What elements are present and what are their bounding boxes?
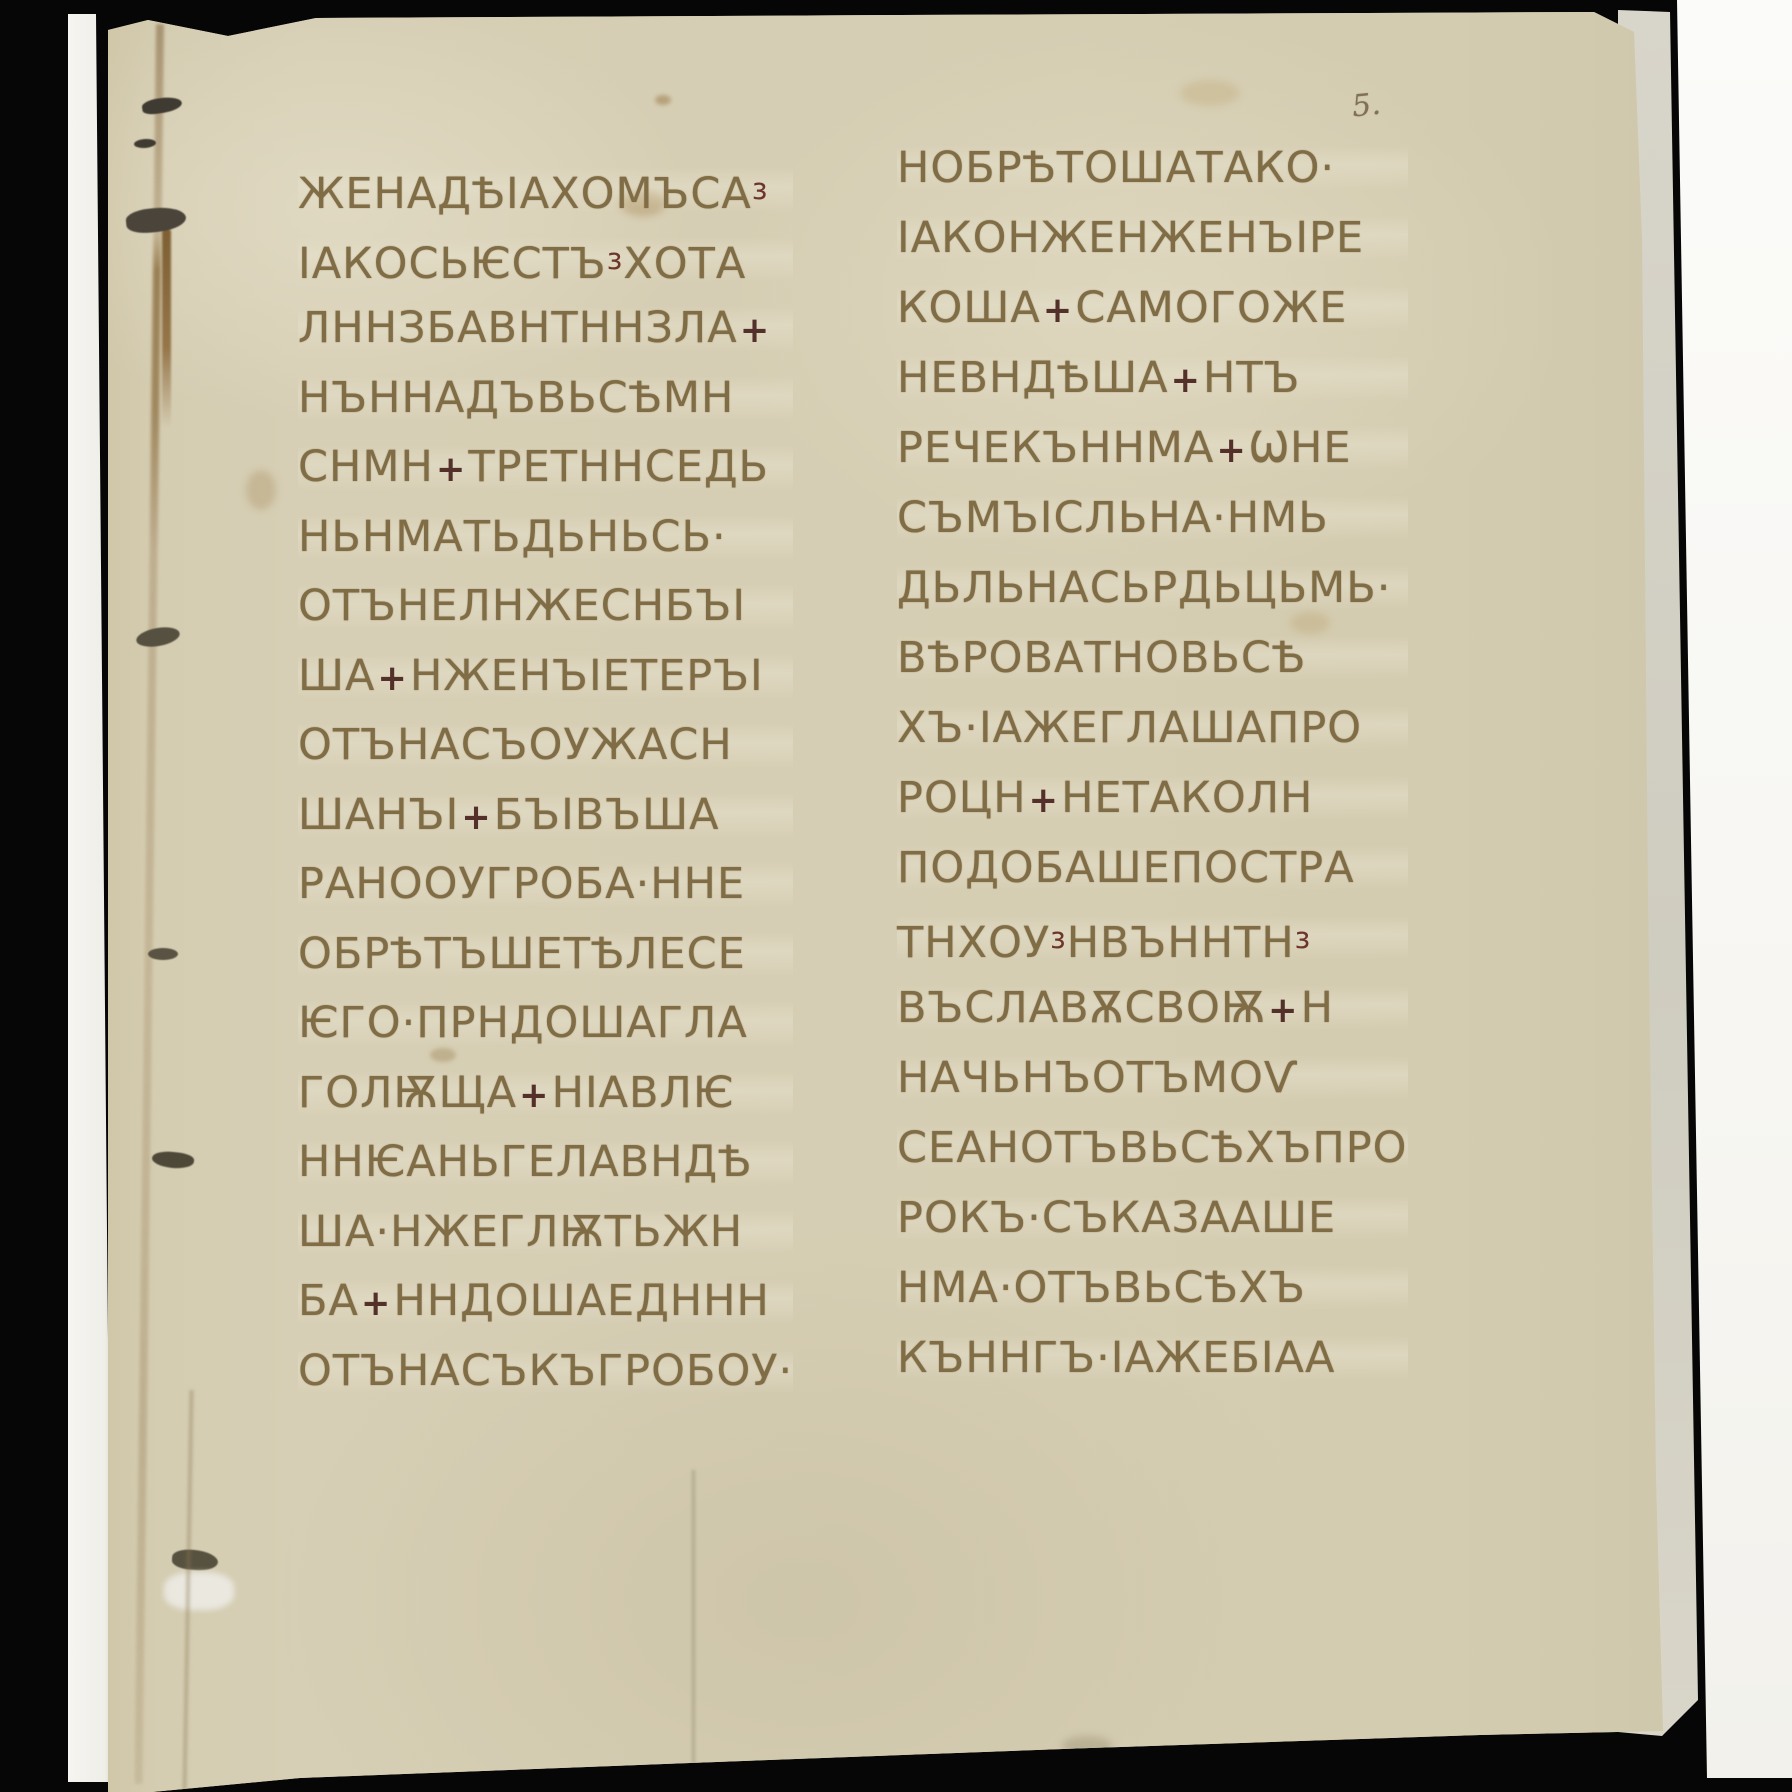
red-cross-mark: + (434, 449, 469, 490)
binding-thread (162, 228, 171, 428)
manuscript-line: НЬНМАТЬДЬНЬСЬ· (298, 503, 793, 573)
manuscript-line: НАЧЬНЪОТЪМОѴ (897, 1043, 1408, 1113)
manuscript-photo: { "document": { "page_number": "5.", "te… (0, 0, 1792, 1792)
manuscript-line: ОТЪНЕЛНЖЕСНБЪІ (298, 572, 793, 642)
manuscript-line: ОТЪНАСЪОУЖАСН (298, 711, 793, 781)
correction-mark: з (1295, 921, 1312, 955)
manuscript-line: ШАНЪІ+БЪІВЪША (298, 781, 793, 851)
text-column-right: НОБРѢТОШАТАКО·ІАКОНЖЕНЖЕНЪІРЕКОША+САМОГО… (897, 133, 1408, 1393)
red-cross-mark: + (1041, 290, 1076, 331)
red-cross-mark: + (517, 1075, 552, 1116)
manuscript-line: ВѢРОВАТНОВЬСѢ (897, 623, 1408, 693)
manuscript-line: НМА·ОТЪВЬСѢХЪ (897, 1253, 1408, 1323)
red-cross-mark: + (459, 797, 494, 838)
fold-crease (692, 1470, 695, 1792)
binding-stitch (135, 624, 181, 649)
manuscript-line: НОБРѢТОШАТАКО· (897, 133, 1408, 203)
red-cross-mark: + (1214, 430, 1249, 471)
text-column-left: ЖЕНАДѢІАХОМЪСАзІАКОСЬѤСТЪзХОТАЛННЗБАВНТН… (298, 155, 793, 1406)
manuscript-line: ПОДОБАШЕПОСТРА (897, 833, 1408, 903)
red-cross-mark: + (359, 1283, 394, 1324)
red-cross-mark: + (1027, 780, 1062, 821)
binding-seam-crease (134, 24, 164, 1784)
manuscript-line: БА+ННДОШАЕДННН (298, 1267, 793, 1337)
parchment-stain (246, 470, 276, 510)
manuscript-line: ТНХОУзНВЪННТНз (897, 903, 1408, 973)
manuscript-line: ѤГО·ПРНДОШАГЛА (298, 989, 793, 1059)
red-cross-mark: + (1266, 990, 1301, 1031)
binding-stitch (151, 1150, 194, 1170)
red-cross-mark: + (1169, 360, 1204, 401)
manuscript-line: ЛННЗБАВНТННЗЛА+ (298, 294, 793, 364)
manuscript-line: ХЪ·ІАЖЕГЛАШАПРО (897, 693, 1408, 763)
manuscript-line: РОЦН+НЕТАКОЛН (897, 763, 1408, 833)
manuscript-line: ІАКОНЖЕНЖЕНЪІРЕ (897, 203, 1408, 273)
correction-mark: з (752, 172, 769, 206)
manuscript-line: ША·НЖЕГЛѬТЬЖН (298, 1198, 793, 1268)
parchment-stain (655, 95, 671, 105)
manuscript-line: РОКЪ·СЪКАЗААШЕ (897, 1183, 1408, 1253)
manuscript-line: СЪМЪІСЛЬНА·НМЬ (897, 483, 1408, 553)
manuscript-line: ША+НЖЕНЪІЕТЕРЪІ (298, 642, 793, 712)
parchment-stain (1180, 80, 1240, 106)
left-flyleaf-edge (68, 14, 114, 1782)
binding-stitch (125, 205, 187, 235)
parchment-stain (1062, 1736, 1112, 1756)
correction-mark: з (607, 242, 624, 276)
manuscript-line: КЪННГЪ·ІАЖЕБІАА (897, 1323, 1408, 1393)
manuscript-line: ВЪСЛАВѪСВОѬ+Н (897, 973, 1408, 1043)
folio-number: 5. (1350, 87, 1382, 125)
manuscript-line: ГОЛѬЩА+НІАВЛѤ (298, 1059, 793, 1129)
binding-stitch (141, 95, 183, 115)
manuscript-line: НЪННАДЪВЬСѢМН (298, 364, 793, 434)
binding-stitch (148, 948, 178, 960)
manuscript-line: ОБРѢТЪШЕТѢЛЕСЕ (298, 920, 793, 990)
manuscript-line: ЖЕНАДѢІАХОМЪСАз (298, 155, 793, 225)
manuscript-line: КОША+САМОГОЖЕ (897, 273, 1408, 343)
manuscript-line: РАНООУГРОБА·ННЕ (298, 850, 793, 920)
red-cross-mark: + (738, 310, 773, 351)
manuscript-line: ІАКОСЬѤСТЪзХОТА (298, 225, 793, 295)
parchment-page: 5. ЖЕНАДѢІАХОМЪСАзІАКОСЬѤСТЪзХОТАЛННЗБАВ… (0, 0, 1792, 1792)
red-cross-mark: + (375, 658, 410, 699)
parchment-repair-patch (164, 1572, 234, 1610)
manuscript-line: НЕВНДѢША+НТЪ (897, 343, 1408, 413)
manuscript-line: ДЬЛЬНАСЬРДЬЦЬМЬ· (897, 553, 1408, 623)
binding-stitch (171, 1548, 218, 1571)
manuscript-line: ННѤАНЬГЕЛАВНДѢ (298, 1128, 793, 1198)
correction-mark: з (1050, 921, 1067, 955)
manuscript-line: СЕАНОТЪВЬСѢХЪПРО (897, 1113, 1408, 1183)
manuscript-line: РЕЧЕКЪННМА+ѠНЕ (897, 413, 1408, 483)
manuscript-line: ОТЪНАСЪКЪГРОБОУ· (298, 1337, 793, 1407)
manuscript-line: СНМН+ТРЕТННСЕДЬ (298, 433, 793, 503)
binding-stitch (134, 138, 157, 149)
